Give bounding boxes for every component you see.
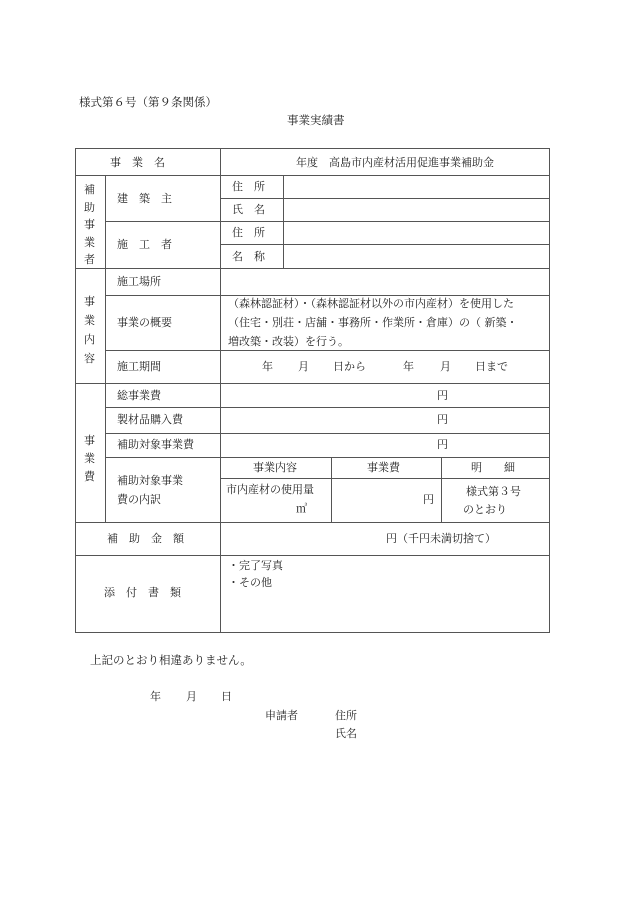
period-to-day: 日まで xyxy=(475,361,508,372)
row-divider xyxy=(105,295,550,296)
contractor-address-label: 住 所 xyxy=(232,227,265,238)
project-name-label: 事 業 名 xyxy=(110,157,165,168)
total-cost-unit: 円 xyxy=(437,390,448,401)
row-divider xyxy=(75,555,550,556)
row-divider xyxy=(75,522,550,523)
eligible-cost-label: 補助対象事業費 xyxy=(117,439,194,450)
col-divider-category xyxy=(105,175,106,523)
contractor-address-field[interactable] xyxy=(290,227,540,239)
breakdown-label-line-1: 補助対象事業 xyxy=(117,475,183,486)
breakdown-content-unit: ㎥ xyxy=(296,503,307,514)
breakdown-header-cost: 事業費 xyxy=(367,462,400,473)
contractor-name-label: 名 称 xyxy=(232,251,265,262)
breakdown-detail-line-2: のとおり xyxy=(463,504,507,515)
row-divider xyxy=(220,478,550,479)
attachments-label: 添 付 書 類 xyxy=(104,587,181,598)
row-divider xyxy=(75,383,550,384)
breakdown-header-content: 事業内容 xyxy=(253,462,297,473)
period-to-year: 年 xyxy=(403,361,414,372)
content-group-label: 事 業 内 容 xyxy=(84,292,96,368)
owner-label: 建 築 主 xyxy=(117,193,172,204)
owner-address-label: 住 所 xyxy=(232,181,265,192)
applicant-label: 申請者 xyxy=(265,710,298,721)
attachment-item: ・完了写真 xyxy=(228,560,283,571)
grantee-group-label: 補 助 事 業 者 xyxy=(84,181,96,269)
period-to-month: 月 xyxy=(440,361,451,372)
contractor-label: 施 工 者 xyxy=(117,239,172,250)
total-cost-label: 総事業費 xyxy=(117,390,161,401)
col-divider-label xyxy=(220,148,221,633)
row-divider xyxy=(75,175,550,176)
attachment-item: ・その他 xyxy=(228,577,272,588)
breakdown-label-line-2: 費の内訳 xyxy=(117,494,161,505)
breakdown-header-detail: 明 細 xyxy=(471,462,515,473)
overview-line-1: （森林認証材）・（森林認証材以外の市内産材）を使用した xyxy=(228,298,514,309)
lumber-cost-label: 製材品購入費 xyxy=(117,414,183,425)
row-divider xyxy=(105,407,550,408)
project-name-value: 年度 高島市内産材活用促進事業補助金 xyxy=(296,157,494,168)
col-divider-breakdown-2 xyxy=(441,457,442,523)
subsidy-amount-label: 補 助 金 額 xyxy=(107,533,184,544)
date-month: 月 xyxy=(186,691,197,702)
site-label: 施工場所 xyxy=(117,276,161,287)
site-field[interactable] xyxy=(228,276,543,288)
breakdown-cost-unit: 円 xyxy=(423,494,434,505)
col-divider-sublabel xyxy=(283,175,284,269)
row-divider xyxy=(220,244,550,245)
overview-line-3: 増改築・改装）を行う。 xyxy=(228,336,349,347)
table-border-left xyxy=(75,148,76,633)
overview-label: 事業の概要 xyxy=(117,317,172,328)
owner-address-field[interactable] xyxy=(290,181,540,193)
col-divider-breakdown-1 xyxy=(331,457,332,523)
lumber-cost-unit: 円 xyxy=(437,414,448,425)
applicant-address-label: 住所 xyxy=(335,710,357,721)
applicant-name-label: 氏名 xyxy=(335,728,357,739)
row-divider xyxy=(105,221,550,222)
table-border-bottom xyxy=(75,632,550,633)
owner-name-field[interactable] xyxy=(290,204,540,216)
confirmation-statement: 上記のとおり相違ありません。 xyxy=(90,655,252,667)
table-border-top xyxy=(75,148,550,149)
row-divider xyxy=(105,457,550,458)
overview-line-2: （住宅・別荘・店舗・事務所・作業所・倉庫）の（ 新築・ xyxy=(228,317,518,328)
date-year: 年 xyxy=(150,691,161,702)
form-number: 様式第６号（第９条関係） xyxy=(79,97,217,109)
document-title: 事業実績書 xyxy=(287,115,345,127)
eligible-cost-unit: 円 xyxy=(437,439,448,450)
row-divider xyxy=(220,198,550,199)
contractor-name-field[interactable] xyxy=(290,251,540,263)
breakdown-detail-line-1: 様式第３号 xyxy=(466,486,521,497)
row-divider xyxy=(105,350,550,351)
row-divider xyxy=(75,268,550,269)
row-divider xyxy=(105,433,550,434)
period-from-day: 日から xyxy=(333,361,366,372)
cost-group-label: 事 業 費 xyxy=(84,432,96,486)
owner-name-label: 氏 名 xyxy=(232,204,265,215)
subsidy-amount-value: 円（千円未満切捨て） xyxy=(386,533,496,544)
date-day: 日 xyxy=(221,691,232,702)
period-label: 施工期間 xyxy=(117,361,161,372)
period-from-year: 年 xyxy=(262,361,273,372)
period-from-month: 月 xyxy=(298,361,309,372)
breakdown-content-text: 市内産材の使用量 xyxy=(226,484,314,495)
